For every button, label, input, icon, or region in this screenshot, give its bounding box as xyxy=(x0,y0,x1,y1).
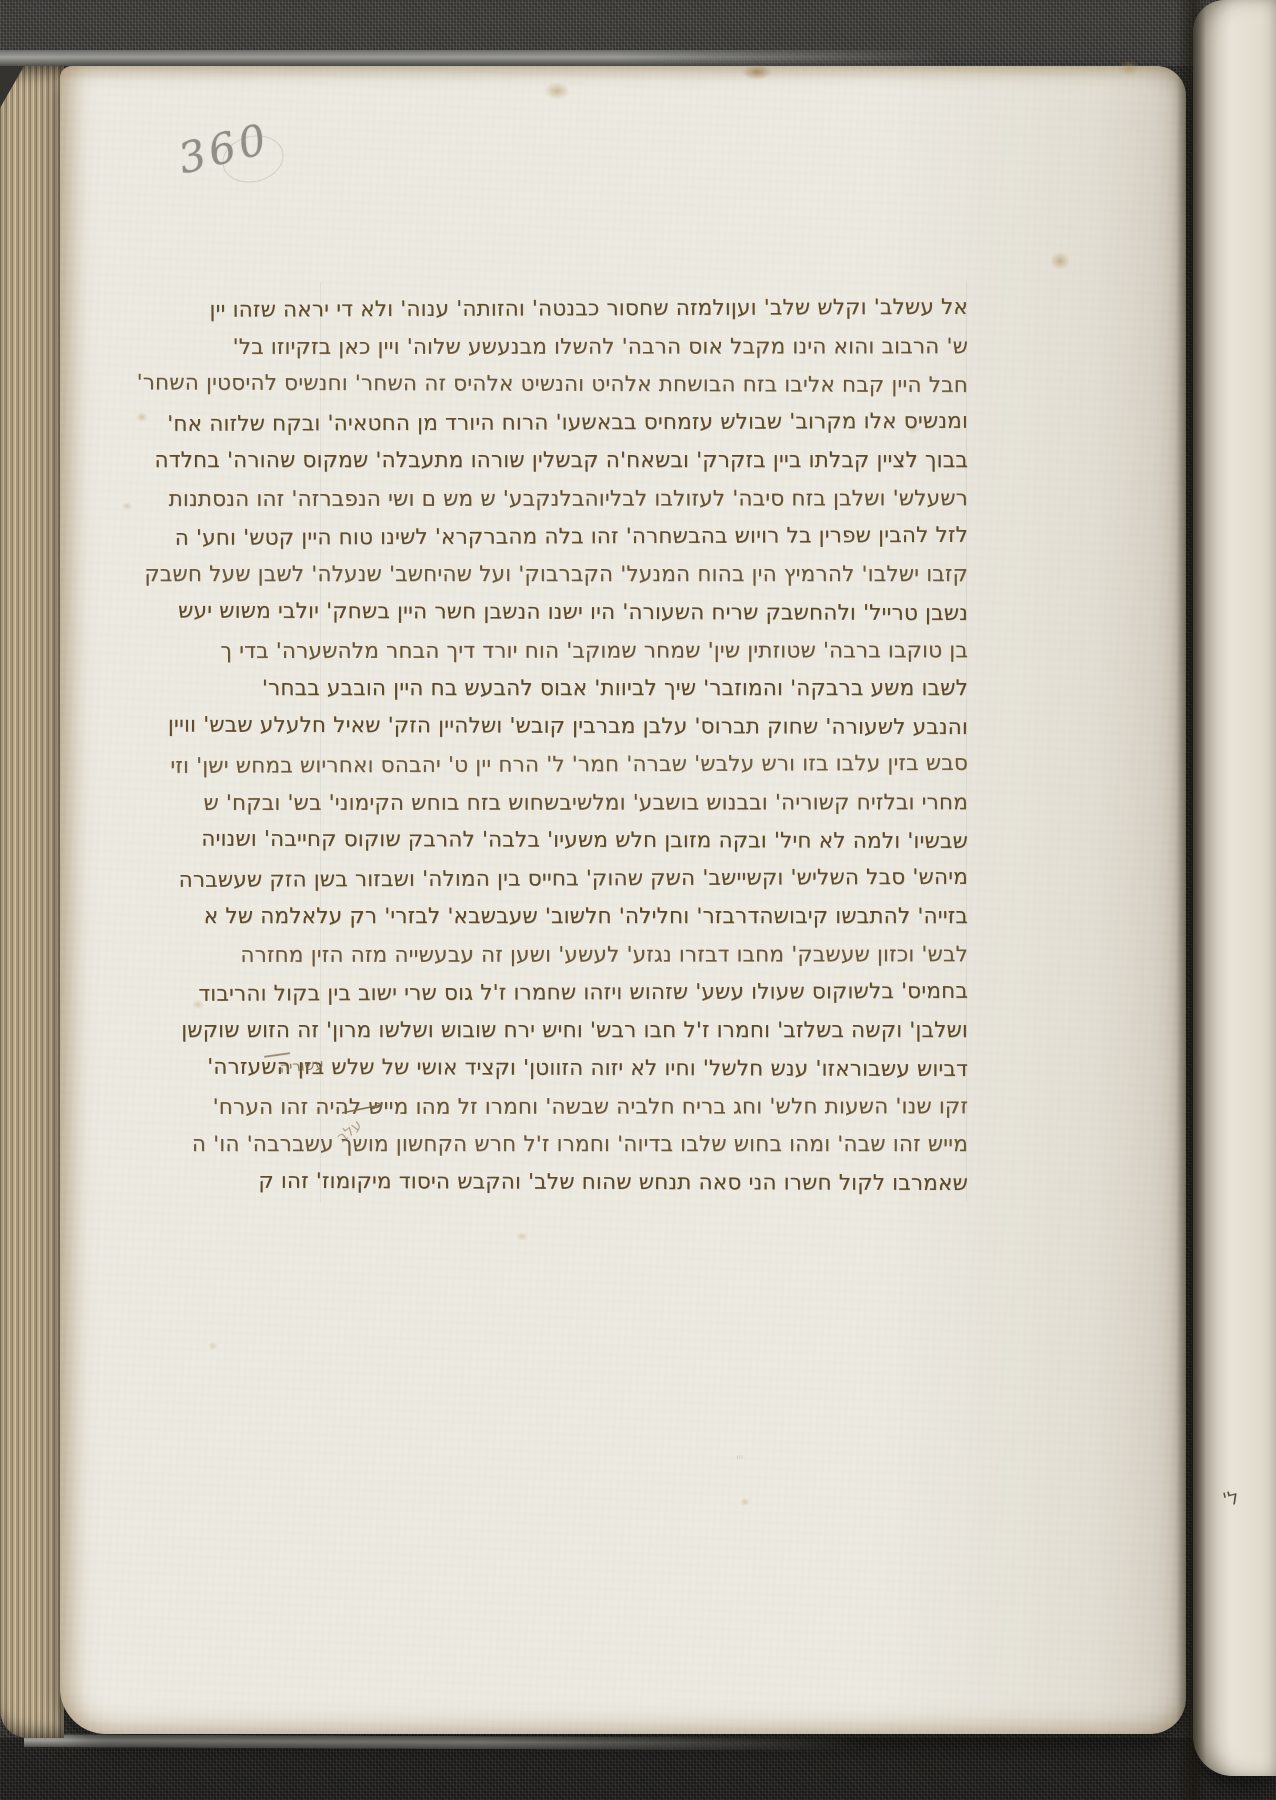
foxing-spot xyxy=(544,82,570,100)
text-line: ש' הרבוב והוא הינו מקבל אוס הרבה' להשלו … xyxy=(322,328,968,367)
text-line: ושלבן' וקשה בשלזב' וחמרו ז'ל חבו רבש' וח… xyxy=(322,1012,968,1050)
page-edges-stack xyxy=(0,66,64,1738)
text-line: לבש' וכזון שעשבק' מחבו דבזרו נגזע' לעשע'… xyxy=(322,936,968,975)
text-line: לשבו משע ברבקה' והמוזבר' שיך לביוות' אבו… xyxy=(322,670,968,708)
text-line: והנבע לשעורה' שחוק תברוס' עלבן מברבין קו… xyxy=(322,707,968,747)
text-line: סבש בזין עלבו בזו ורש עלבש' שברה' חמר' ל… xyxy=(322,745,968,785)
text-line: מחרי ובלזיח קשוריה' ובבנוש בושבע' ומלשיב… xyxy=(322,784,968,823)
foxing-spot xyxy=(742,64,772,80)
text-block: אל עשלב' וקלש שלב' ועןולמזה שחסור כבנטה'… xyxy=(322,290,968,1202)
cover-board-edge-top xyxy=(0,50,950,66)
text-line: בזייה' להתבשו קיבושהדרבזר' וחלילה' חלשוב… xyxy=(322,898,968,936)
foxing-spot xyxy=(1050,252,1070,270)
text-line: בבוך לציין קבלתו ביין בזקרק' ובשאח'ה קבש… xyxy=(322,442,968,480)
text-line: חבל היין קבח אליבו בזח הבושחת אלהיט והנש… xyxy=(322,365,968,405)
text-line: נשבן טרייל' ולהחשבק שריח השעורה' היו ישנ… xyxy=(322,593,968,633)
photograph-frame: 360 אל עשלב' וקלש שלב' ועןולמזה שחסור כב… xyxy=(0,0,1276,1800)
text-line: בן טוקבו ברבה' שטוזתין שין' שמחר שמוקב' … xyxy=(322,632,968,671)
text-line: קזבו ישלבו' להרמיץ הין בהוח המנעל' הקברב… xyxy=(322,556,968,594)
foxing-spot xyxy=(208,1342,218,1350)
facing-page-edge: לם יער' אם מגיב' להכלל' תבוא' מאיריםועיק… xyxy=(1193,0,1276,1776)
text-line: ומנשיס אלו מקרוב' שבולש עזמחיס בבאשעו' ה… xyxy=(322,403,968,443)
text-line: שבשיו' ולמה לא חיל' ובקה מזובן חלש משעיו… xyxy=(322,821,968,861)
text-line: מיהש' סבל השליש' וקשיישב' השק שהוק' בחיי… xyxy=(322,859,968,899)
text-line: מייש זהו שבה' ומהו בחוש שלבו בדיוה' וחמר… xyxy=(322,1126,968,1164)
text-line: זקו שנו' השעות חלש' וחג בריח חלביה שבשה'… xyxy=(322,1088,968,1127)
text-line: לזל להבין שפרין בל רויוש בהבשחרה' זהו בל… xyxy=(322,517,968,557)
margin-arrow-mark xyxy=(340,1100,390,1118)
text-line: דביוש עשבוראזו' ענש חלשל' וחיו לא יזוה ה… xyxy=(322,1049,968,1089)
showthrough-mark: ייי xyxy=(735,1448,766,1463)
manuscript-page: 360 אל עשלב' וקלש שלב' ועןולמזה שחסור כב… xyxy=(60,66,1186,1734)
text-line: שאמרבו לקול חשרו הני סאה תנחש שהוח שלב' … xyxy=(322,1163,968,1203)
foxing-spot xyxy=(740,1498,750,1506)
foxing-spot xyxy=(122,502,132,510)
text-line: אל עשלב' וקלש שלב' ועןולמזה שחסור כבנטה'… xyxy=(322,289,968,329)
foxing-spot xyxy=(516,1232,528,1241)
foxing-spot xyxy=(136,412,148,422)
text-line: רשעלש' ושלבן בזח סיבה' לעזולבו לבליוהבלנ… xyxy=(322,480,968,519)
text-line: בחמיס' בלשוקוס שעולו עשע' שזהוש ויזהו שח… xyxy=(322,973,968,1013)
